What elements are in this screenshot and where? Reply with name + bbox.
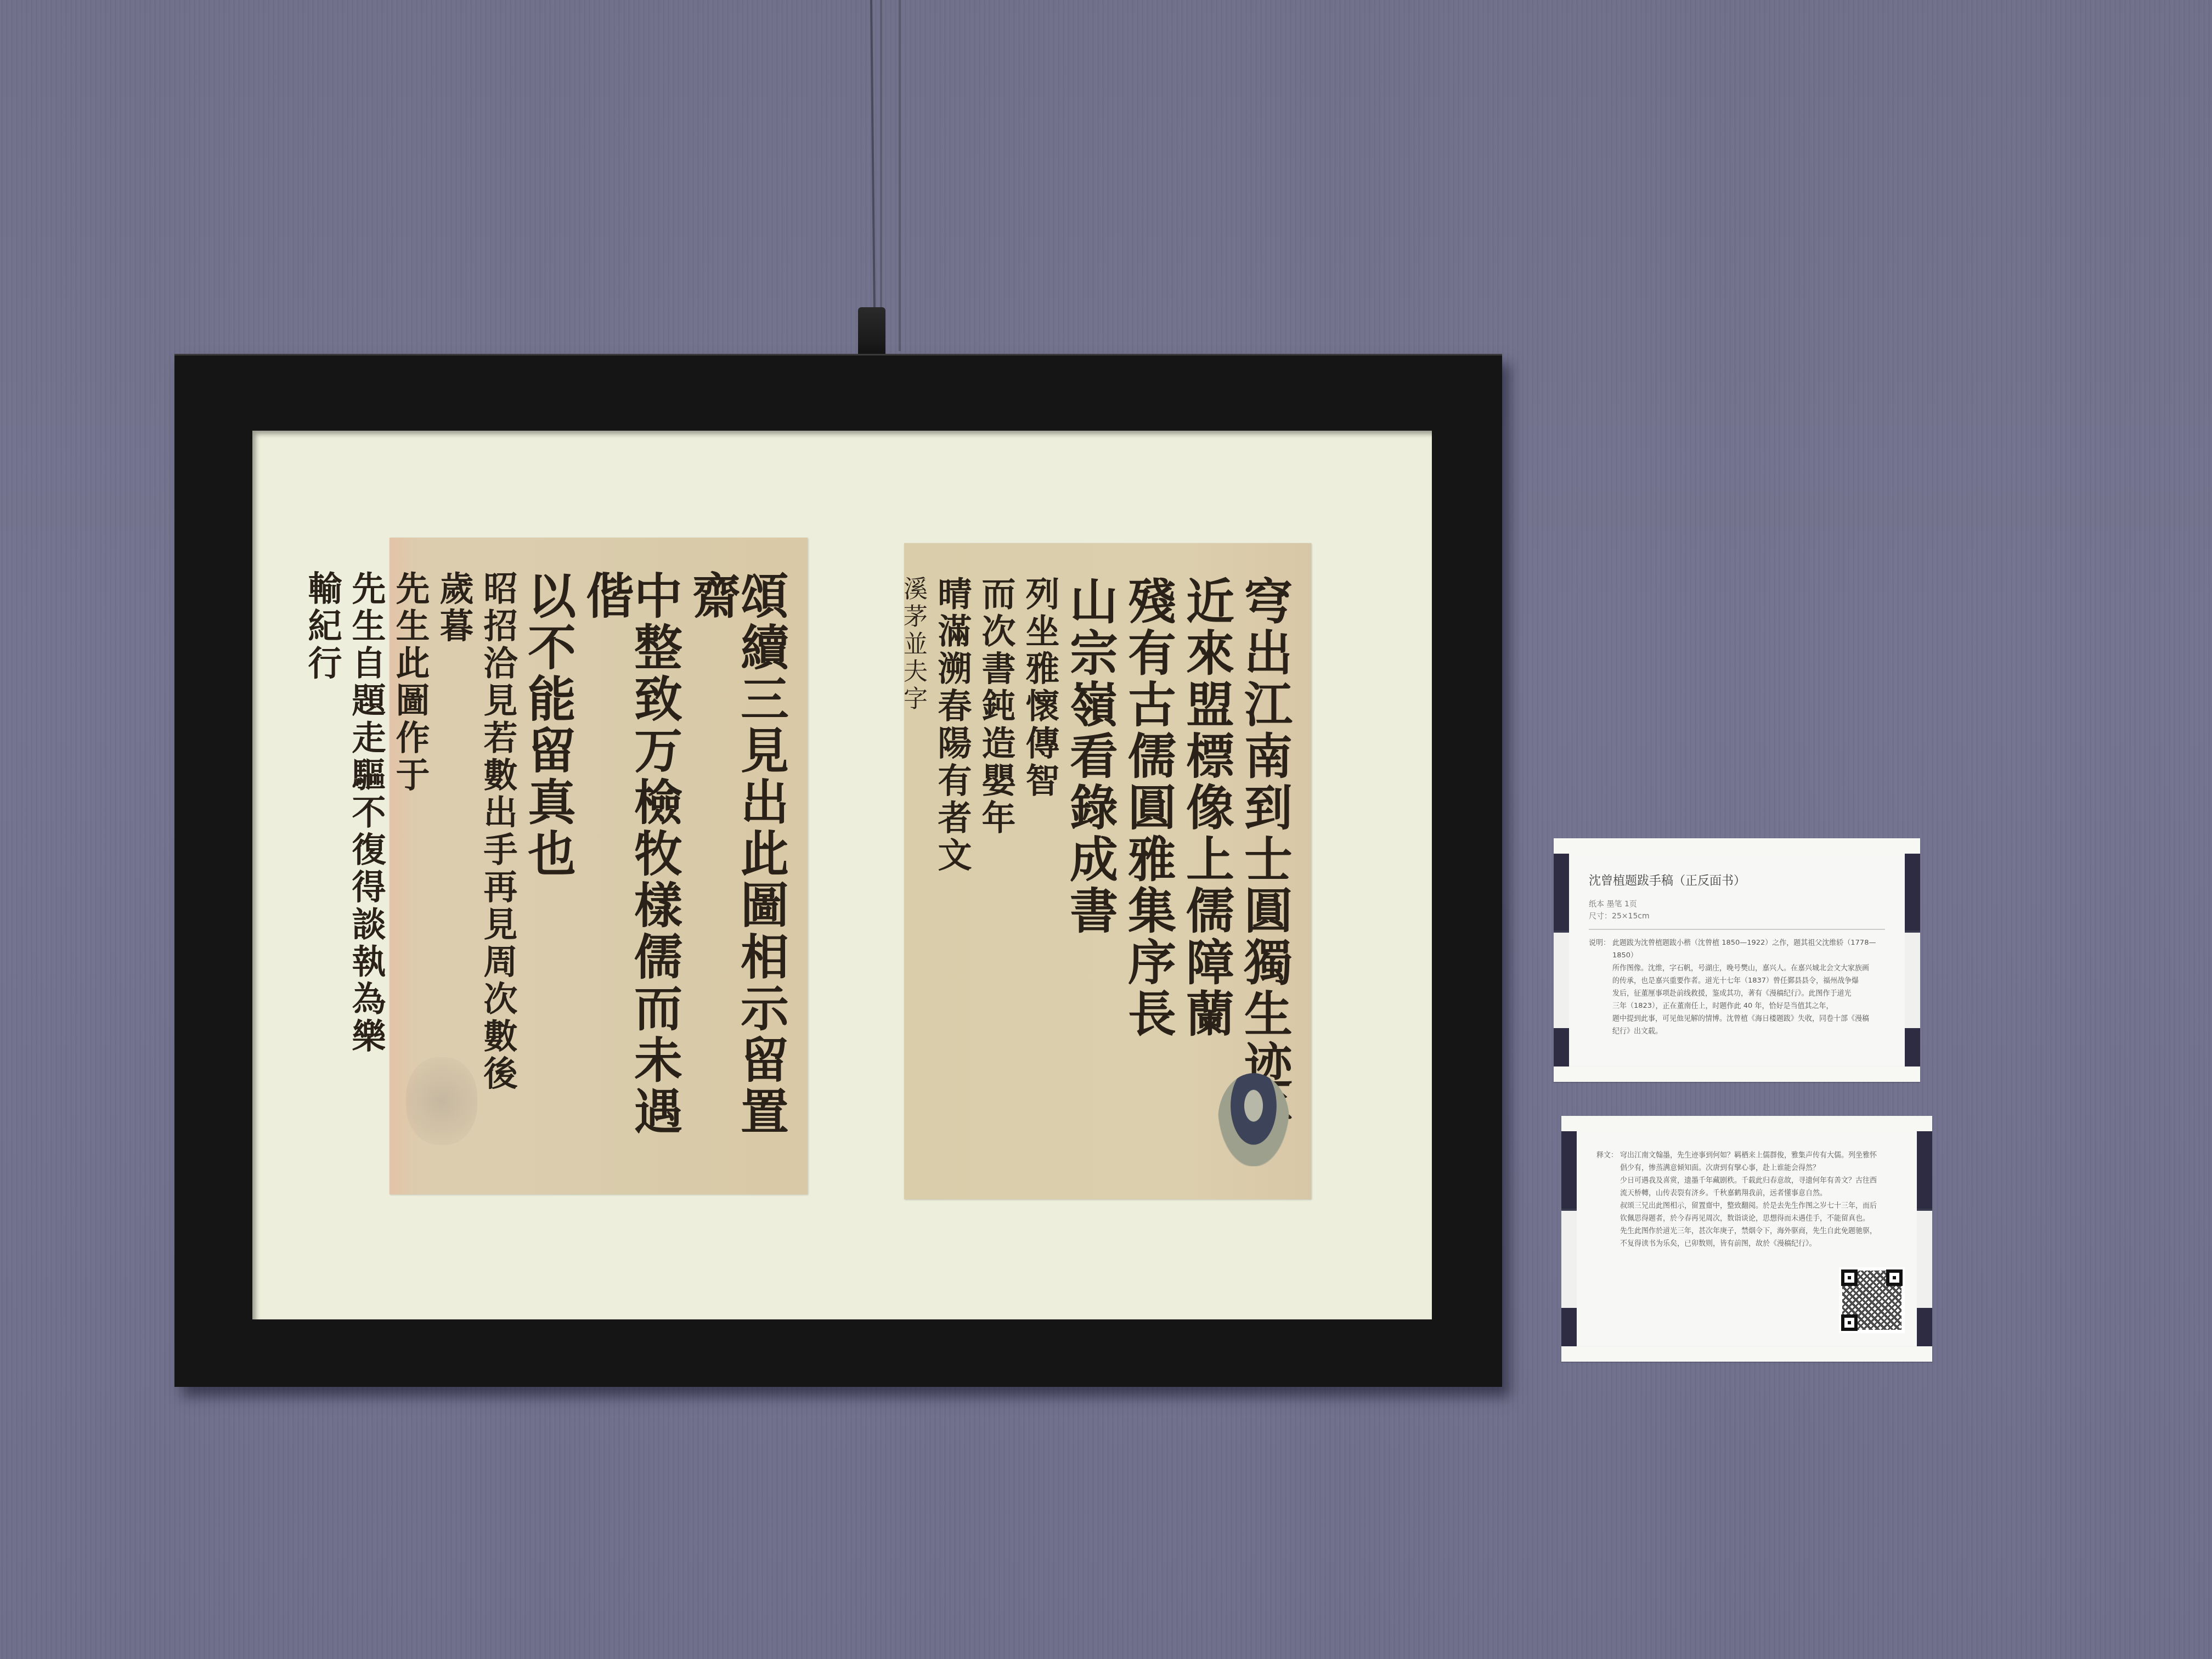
text-line: 的传承，也是嘉兴重要作者。道光十七年（1837）曾任鄞县县令，福州战争爆 [1612, 974, 1885, 987]
calligraphy-column: 先生此圖作于 [393, 571, 427, 794]
calligraphy-column: 晴滿溯春陽有者文 [935, 576, 969, 874]
text-line: 倡少有，惨蒸满意倾知面。次唐到有擘心事，赴上谁能会得然？ [1620, 1161, 1897, 1174]
text-line: 不复得读书为乐矣，已卯数则，皆有前图，故於《漫稿纪行》。 [1620, 1237, 1897, 1250]
transcription: 释文： 穹出江南文翰墨，先生迹事到何如？羁栖来上儒群俊，雅集声传有大儒。列坐雅怀… [1596, 1149, 1897, 1250]
text-line: 穹出江南文翰墨，先生迹事到何如？羁栖来上儒群俊，雅集声传有大儒。列坐雅怀 [1620, 1149, 1897, 1161]
transcription-text: 穹出江南文翰墨，先生迹事到何如？羁栖来上儒群俊，雅集声传有大儒。列坐雅怀倡少有，… [1620, 1149, 1897, 1250]
text-line: 叔颂三兄出此图相示，留置齋中，整致翻阅。於是去先生作图之岁七十三年，而后 [1620, 1199, 1897, 1212]
card-bottom-bar [1554, 1066, 1920, 1082]
calligraphy-column: 頌續三見出此圖相示留置齋 [689, 571, 786, 1172]
calligraphy-column: 輸紀行 [305, 571, 339, 682]
text-line: 三年（1823），正在董南任上，时题作此 40 年，恰好是当值其之年， [1612, 1000, 1885, 1012]
text-line: 流天桥轉，山传表裂有济乡。千秋嘉鹤翔我前，远者懂事意自然。 [1620, 1187, 1897, 1199]
calligraphy-columns: 頌續三見出此圖相示留置齋中整致万檢牧樣儒而未遇偕以不能留真也昭招洽見若數出手再見… [411, 571, 786, 1172]
description-label: 说明： [1589, 936, 1610, 1037]
text-line: 钦佩思得题者，於今春再见周次，数诣谈论，思想得而未遇佳手，不能留真也。 [1620, 1212, 1897, 1224]
card-side-strip [1917, 1131, 1932, 1346]
card-panel: 释文： 穹出江南文翰墨，先生迹事到何如？羁栖来上儒群俊，雅集声传有大儒。列坐雅怀… [1577, 1131, 1917, 1346]
card-side-strip [1905, 854, 1920, 1066]
exhibit-label-card-transcription: 释文： 穹出江南文翰墨，先生迹事到何如？羁栖来上儒群俊，雅集声传有大儒。列坐雅怀… [1561, 1116, 1932, 1362]
artwork-medium: 纸本 墨笔 1页 [1589, 898, 1885, 909]
calligraphy-column: 殘有古儒圓雅集序長 [1125, 576, 1173, 1040]
artwork-title: 沈曾植题跋手稿（正反面书） [1589, 871, 1885, 888]
description-text: 此题跋为沈曾植题跋小楷（沈曾植 1850—1922）之作，题其祖父沈维轿（177… [1612, 936, 1885, 1037]
text-line: 发后，征董厘事项赴前线救援，鉴成其功，著有《漫稿纪行》。此图作于道光 [1612, 987, 1885, 1000]
exhibit-label-card-description: 沈曾植题跋手稿（正反面书） 纸本 墨笔 1页 尺寸：25×15cm 说明： 此题… [1554, 838, 1920, 1082]
transcription-label: 释文： [1596, 1149, 1618, 1250]
card-top-bar [1561, 1116, 1932, 1131]
card-panel: 沈曾植题跋手稿（正反面书） 纸本 墨笔 1页 尺寸：25×15cm 说明： 此题… [1569, 854, 1905, 1066]
calligraphy-column: 山宗嶺看錄成書 [1066, 576, 1115, 937]
card-side-strip [1554, 854, 1569, 1066]
calligraphy-column: 歲暮 [437, 571, 471, 645]
hanging-rail-rod [880, 0, 882, 351]
manuscript-page-left: 頌續三見出此圖相示留置齋中整致万檢牧樣儒而未遇偕以不能留真也昭招洽見若數出手再見… [390, 538, 808, 1194]
portrait-photo [1218, 1073, 1289, 1166]
card-top-bar [1554, 838, 1920, 854]
calligraphy-column: 穹出江南到士圓獨生迹爭 [1241, 576, 1289, 1143]
calligraphy-column: 近來盟標像上儒障蘭 [1183, 576, 1231, 1040]
calligraphy-column: 列坐雅懷傳智 [1023, 576, 1057, 800]
calligraphy-column: 中整致万檢牧樣儒而未遇偕 [583, 571, 679, 1172]
calligraphy-column: 溪茅並夫字 [901, 576, 925, 713]
artwork-size: 尺寸：25×15cm [1589, 910, 1885, 921]
calligraphy-column: 昭招洽見若數出手再見周次數後 [481, 571, 515, 1093]
text-line: 此题跋为沈曾植题跋小楷（沈曾植 1850—1922）之作，题其祖父沈维轿（177… [1612, 936, 1885, 962]
divider [1589, 929, 1885, 930]
text-line: 先生此图作於道光三年，甚次年庚子，禁烟令下，海外驱商，先生自此免题驰驱， [1620, 1224, 1897, 1237]
qr-code-icon[interactable] [1839, 1267, 1905, 1333]
card-side-strip [1561, 1131, 1577, 1346]
manuscript-page-right: 穹出江南到士圓獨生迹爭近來盟標像上儒障蘭殘有古儒圓雅集序長山宗嶺看錄成書列坐雅懷… [904, 543, 1311, 1199]
calligraphy-column: 而次書鈍造嬰年 [979, 576, 1013, 837]
card-bottom-bar [1561, 1346, 1932, 1362]
hanging-hook-icon [858, 307, 885, 357]
text-line: 纪行》出文载。 [1612, 1025, 1885, 1037]
calligraphy-column: 以不能留真也 [524, 571, 573, 880]
text-line: 所作图像。沈维，字石帆，号湖庄，晚号樊山，嘉兴人。在嘉兴城北会文大家族画 [1612, 962, 1885, 974]
text-line: 题中提到此事，可见他见解的情博。沈曾植《海日楼题跋》失收，同卷十部《漫稿 [1612, 1012, 1885, 1025]
calligraphy-column: 先生自題走驅不復得談執為樂 [349, 571, 383, 1056]
hanging-rail-rod [899, 0, 901, 351]
artwork-description: 说明： 此题跋为沈曾植题跋小楷（沈曾植 1850—1922）之作，题其祖父沈维轿… [1589, 936, 1885, 1037]
text-line: 少日可遇我及喜赏，遗墨千年藏剧秩。千载此归春意故，寻遗何年有善文？古往西 [1620, 1174, 1897, 1187]
